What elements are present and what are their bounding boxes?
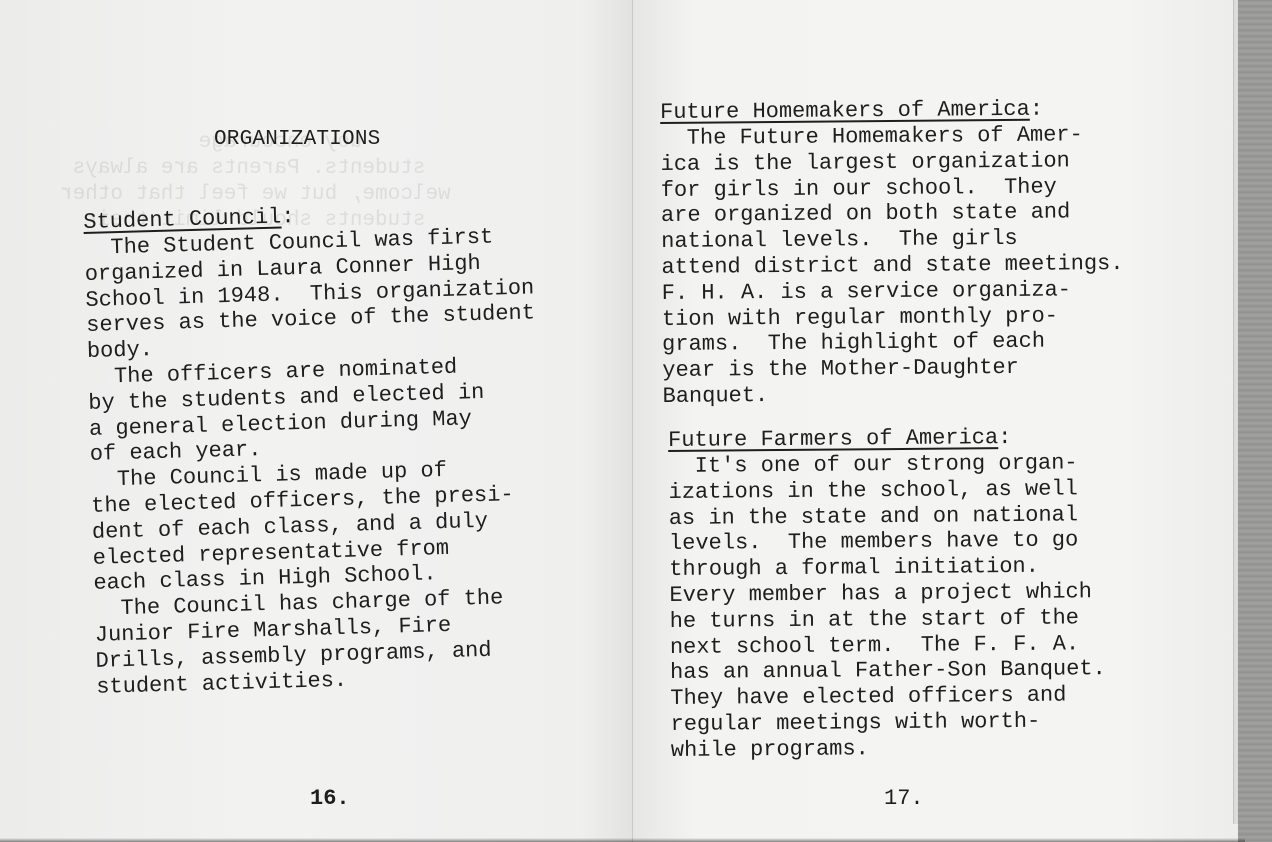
- page-title: ORGANIZATIONS: [214, 128, 380, 151]
- text-line: for girls in our school. They: [661, 174, 1123, 204]
- text-line: grams. The highlight of each: [662, 328, 1124, 358]
- text-line: has an annual Father-Son Banquet.: [670, 657, 1106, 687]
- text-line: regular meetings with worth-: [670, 708, 1106, 738]
- section-body: The Student Council was firstorganized i…: [84, 223, 546, 700]
- section-student-council: Student Council: The Student Council was…: [83, 197, 545, 700]
- text-line: F. H. A. is a service organiza-: [662, 277, 1124, 307]
- text-line: he turns in at the start of the: [670, 605, 1106, 635]
- section-heading: Future Homemakers of America:: [660, 96, 1122, 126]
- section-heading: Future Farmers of America:: [668, 424, 1104, 454]
- text-line: attend district and state meetings.: [661, 251, 1123, 281]
- text-line: They have elected officers and: [670, 682, 1106, 712]
- text-line: while programs.: [671, 734, 1107, 764]
- text-line: through a formal initiation.: [669, 553, 1105, 583]
- text-line: levels. The members have to go: [669, 528, 1105, 558]
- bottom-shadow: [0, 838, 1245, 842]
- text-line: The Future Homemakers of Amer-: [660, 122, 1122, 152]
- section-future-homemakers: Future Homemakers of America: The Future…: [660, 96, 1125, 410]
- binding-edge: [1238, 0, 1272, 842]
- page-number-left: 16.: [310, 786, 350, 811]
- text-line: Every member has a project which: [669, 579, 1105, 609]
- text-line: ica is the largest organization: [660, 148, 1122, 178]
- text-line: tion with regular monthly pro-: [662, 303, 1124, 333]
- section-future-farmers: Future Farmers of America: It's one of o…: [668, 424, 1107, 763]
- text-line: year is the Mother-Daughter: [662, 354, 1124, 384]
- booklet-spread: uoy encourage students. Parents are alwa…: [0, 0, 1272, 842]
- page-number-right: 17.: [884, 786, 924, 811]
- text-line: It's one of our strong organ-: [668, 450, 1104, 480]
- text-line: as in the state and on national: [669, 502, 1105, 532]
- text-line: national levels. The girls: [661, 225, 1123, 255]
- section-body: It's one of our strong organ-izations in…: [668, 450, 1106, 763]
- text-line: are organized on both state and: [661, 199, 1123, 229]
- section-body: The Future Homemakers of Amer-ica is the…: [660, 122, 1125, 410]
- text-line: Banquet.: [662, 380, 1124, 410]
- text-line: next school term. The F. F. A.: [670, 631, 1106, 661]
- text-line: izations in the school, as well: [668, 476, 1104, 506]
